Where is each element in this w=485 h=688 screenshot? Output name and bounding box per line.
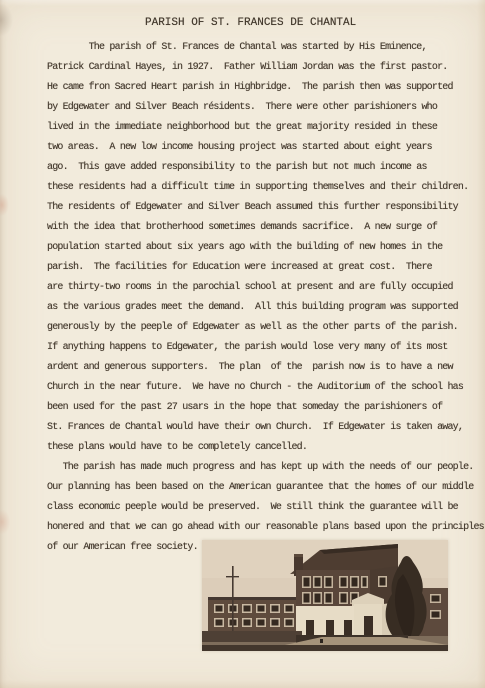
page-title: PARISH OF ST. FRANCES DE CHANTAL <box>145 17 356 30</box>
paragraph-1: The parish of St. Frances de Chantal was… <box>47 38 485 458</box>
body-text: The parish of St. Frances de Chantal was… <box>47 38 485 558</box>
school-building-illustration <box>202 540 448 651</box>
document-page: PARISH OF ST. FRANCES DE CHANTAL The par… <box>0 0 485 688</box>
school-building-photo <box>202 540 448 651</box>
